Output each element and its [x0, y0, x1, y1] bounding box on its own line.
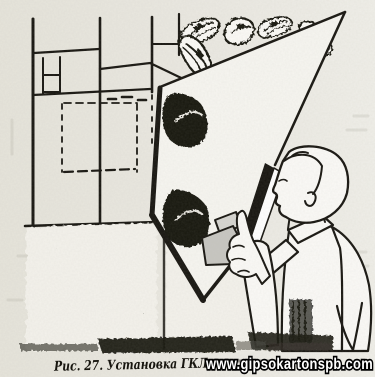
paper-grain: [0, 0, 375, 377]
watermark: www.gipsokartonspb.com: [205, 356, 373, 373]
scanned-book-figure: Рис. 27. Установка ГКЛ во www.gipsokarto…: [0, 0, 375, 377]
figure-illustration: Рис. 27. Установка ГКЛ во www.gipsokarto…: [0, 0, 375, 377]
